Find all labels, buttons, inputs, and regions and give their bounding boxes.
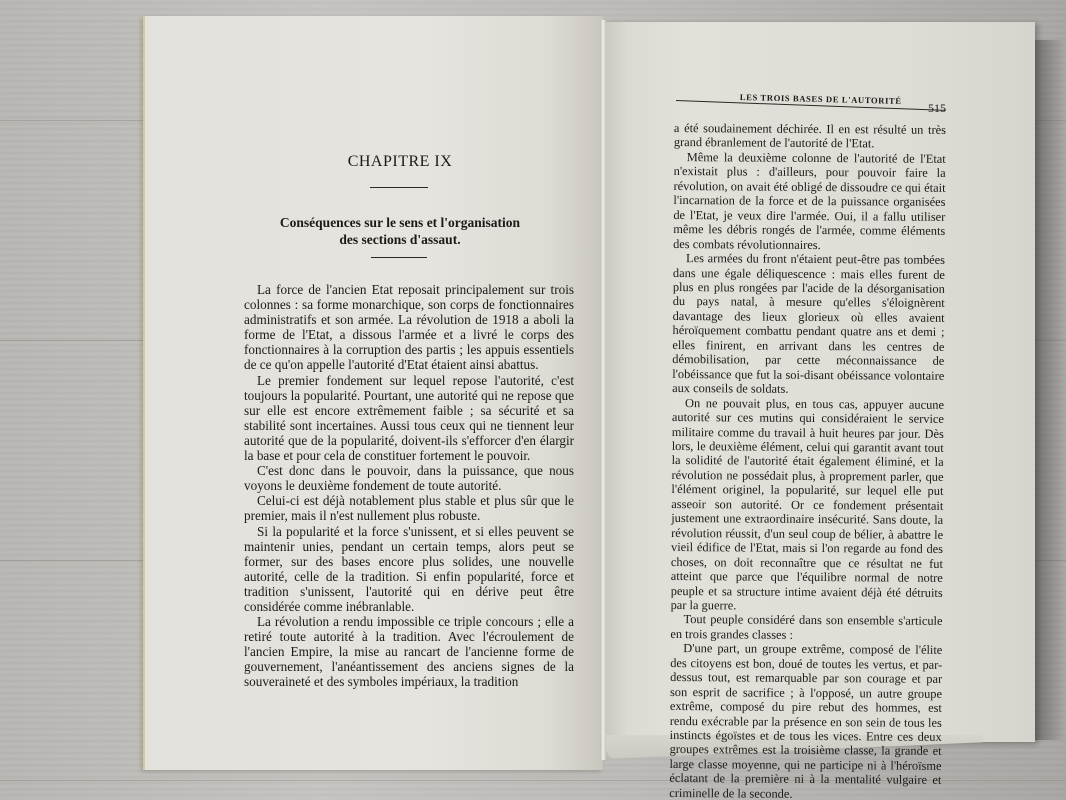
paragraph: a été soudainement déchirée. Il en est r…	[674, 121, 946, 152]
right-page-body: a été soudainement déchirée. Il en est r…	[669, 121, 946, 800]
section-divider	[371, 257, 427, 258]
paragraph: On ne pouvait plus, en tous cas, appuyer…	[671, 396, 945, 615]
section-title-line: Conséquences sur le sens et l'organisati…	[240, 214, 560, 231]
page-shadow	[1035, 40, 1065, 740]
open-book: CHAPITRE IX Conséquences sur le sens et …	[0, 0, 1066, 800]
paragraph: Celui-ci est déjà notablement plus stabl…	[244, 493, 574, 523]
paragraph: Les armées du front n'étaient peut-être …	[672, 251, 945, 397]
chapter-heading: CHAPITRE IX	[230, 153, 570, 171]
chapter-divider	[370, 187, 428, 188]
paragraph: La force de l'ancien Etat reposait princ…	[244, 282, 574, 373]
paragraph: Si la popularité et la force s'unissent,…	[244, 524, 574, 615]
paragraph: La révolution a rendu impossible ce trip…	[244, 614, 574, 689]
paragraph: Tout peuple considéré dans son ensemble …	[670, 612, 942, 643]
section-title-line: des sections d'assaut.	[240, 231, 560, 248]
paragraph: C'est donc dans le pouvoir, dans la puis…	[244, 463, 574, 493]
paragraph: Le premier fondement sur lequel repose l…	[244, 373, 574, 464]
book-spine	[600, 20, 606, 760]
section-title: Conséquences sur le sens et l'organisati…	[240, 214, 560, 248]
paragraph: D'une part, un groupe extrême, composé d…	[669, 641, 942, 800]
paragraph: Même la deuxième colonne de l'autorité d…	[673, 150, 946, 253]
left-page-body: La force de l'ancien Etat reposait princ…	[244, 282, 574, 690]
